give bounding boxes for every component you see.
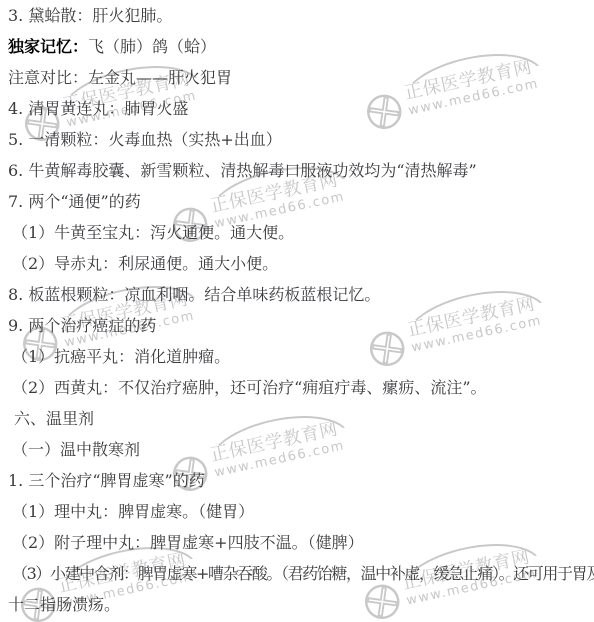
doc-line: （2）附子理中丸：脾胃虚寒+四肢不温。（健脾）	[0, 527, 594, 558]
line-text: （2）西黄丸：不仅治疗癌肿，还可治疗“痈疽疔毒、瘰疬、流注”。	[12, 378, 487, 397]
line-text: （3）小建中合剂：脾胃虚寒+嘈杂吞酸。（君药饴糖，温中补虚，缓急止痛）。还可用于…	[12, 564, 594, 583]
line-text: 7. 两个“通便”的药	[8, 192, 141, 211]
line-text: 1. 三个治疗“脾胃虚寒”的药	[8, 471, 205, 490]
doc-line: 8. 板蓝根颗粒：凉血利咽。结合单味药板蓝根记忆。	[0, 279, 594, 310]
doc-line: 4. 清胃黄连丸：肺胃火盛	[0, 93, 594, 124]
doc-line: （1）理中丸：脾胃虚寒。（健胃）	[0, 496, 594, 527]
doc-line: （1）牛黄至宝丸：泻火通便。通大便。	[0, 217, 594, 248]
line-text: 十二指肠溃疡。	[8, 595, 120, 614]
doc-line: 十二指肠溃疡。	[0, 589, 594, 620]
line-text: 4. 清胃黄连丸：肺胃火盛	[8, 99, 188, 118]
doc-line: 独家记忆：飞（肺）鸽（蛤）	[0, 31, 594, 62]
line-text: 六、温里剂	[14, 409, 94, 428]
doc-line: （3）小建中合剂：脾胃虚寒+嘈杂吞酸。（君药饴糖，温中补虚，缓急止痛）。还可用于…	[0, 558, 594, 589]
doc-line: 注意对比：左金丸——肝火犯胃	[0, 62, 594, 93]
study-notes-document: 3. 黛蛤散：肝火犯肺。 独家记忆：飞（肺）鸽（蛤） 注意对比：左金丸——肝火犯…	[0, 0, 594, 622]
line-text: 8. 板蓝根颗粒：凉血利咽。结合单味药板蓝根记忆。	[8, 285, 380, 304]
line-text: 飞（肺）鸽（蛤）	[88, 37, 216, 56]
doc-line section-heading: 六、温里剂	[0, 403, 594, 434]
line-text: 9. 两个治疗癌症的药	[8, 316, 156, 335]
line-text: 5. 一清颗粒：火毒血热（实热+出血）	[8, 130, 282, 149]
doc-line: （2）导赤丸：利尿通便。通大小便。	[0, 248, 594, 279]
doc-line: 7. 两个“通便”的药	[0, 186, 594, 217]
line-text: 3. 黛蛤散：肝火犯肺。	[8, 6, 172, 25]
doc-line: （2）西黄丸：不仅治疗癌肿，还可治疗“痈疽疔毒、瘰疬、流注”。	[0, 372, 594, 403]
line-text: （1）理中丸：脾胃虚寒。（健胃）	[12, 502, 254, 521]
line-text: （2）附子理中丸：脾胃虚寒+四肢不温。（健脾）	[12, 533, 364, 552]
line-text: （1）抗癌平丸：消化道肿瘤。	[12, 347, 230, 366]
doc-line: 9. 两个治疗癌症的药	[0, 310, 594, 341]
line-text: 注意对比：左金丸——肝火犯胃	[8, 68, 232, 87]
line-text: 6. 牛黄解毒胶囊、新雪颗粒、清热解毒口服液功效均为“清热解毒”	[8, 161, 477, 180]
line-text: （2）导赤丸：利尿通便。通大小便。	[12, 254, 278, 273]
line-lead: 独家记忆：	[8, 37, 88, 56]
doc-line: （1）抗癌平丸：消化道肿瘤。	[0, 341, 594, 372]
line-text: （一）温中散寒剂	[12, 440, 140, 459]
line-text: （1）牛黄至宝丸：泻火通便。通大便。	[12, 223, 294, 242]
doc-line: 3. 黛蛤散：肝火犯肺。	[0, 0, 594, 31]
doc-line: 1. 三个治疗“脾胃虚寒”的药	[0, 465, 594, 496]
doc-line: （一）温中散寒剂	[0, 434, 594, 465]
doc-line: 5. 一清颗粒：火毒血热（实热+出血）	[0, 124, 594, 155]
doc-line: 6. 牛黄解毒胶囊、新雪颗粒、清热解毒口服液功效均为“清热解毒”	[0, 155, 594, 186]
